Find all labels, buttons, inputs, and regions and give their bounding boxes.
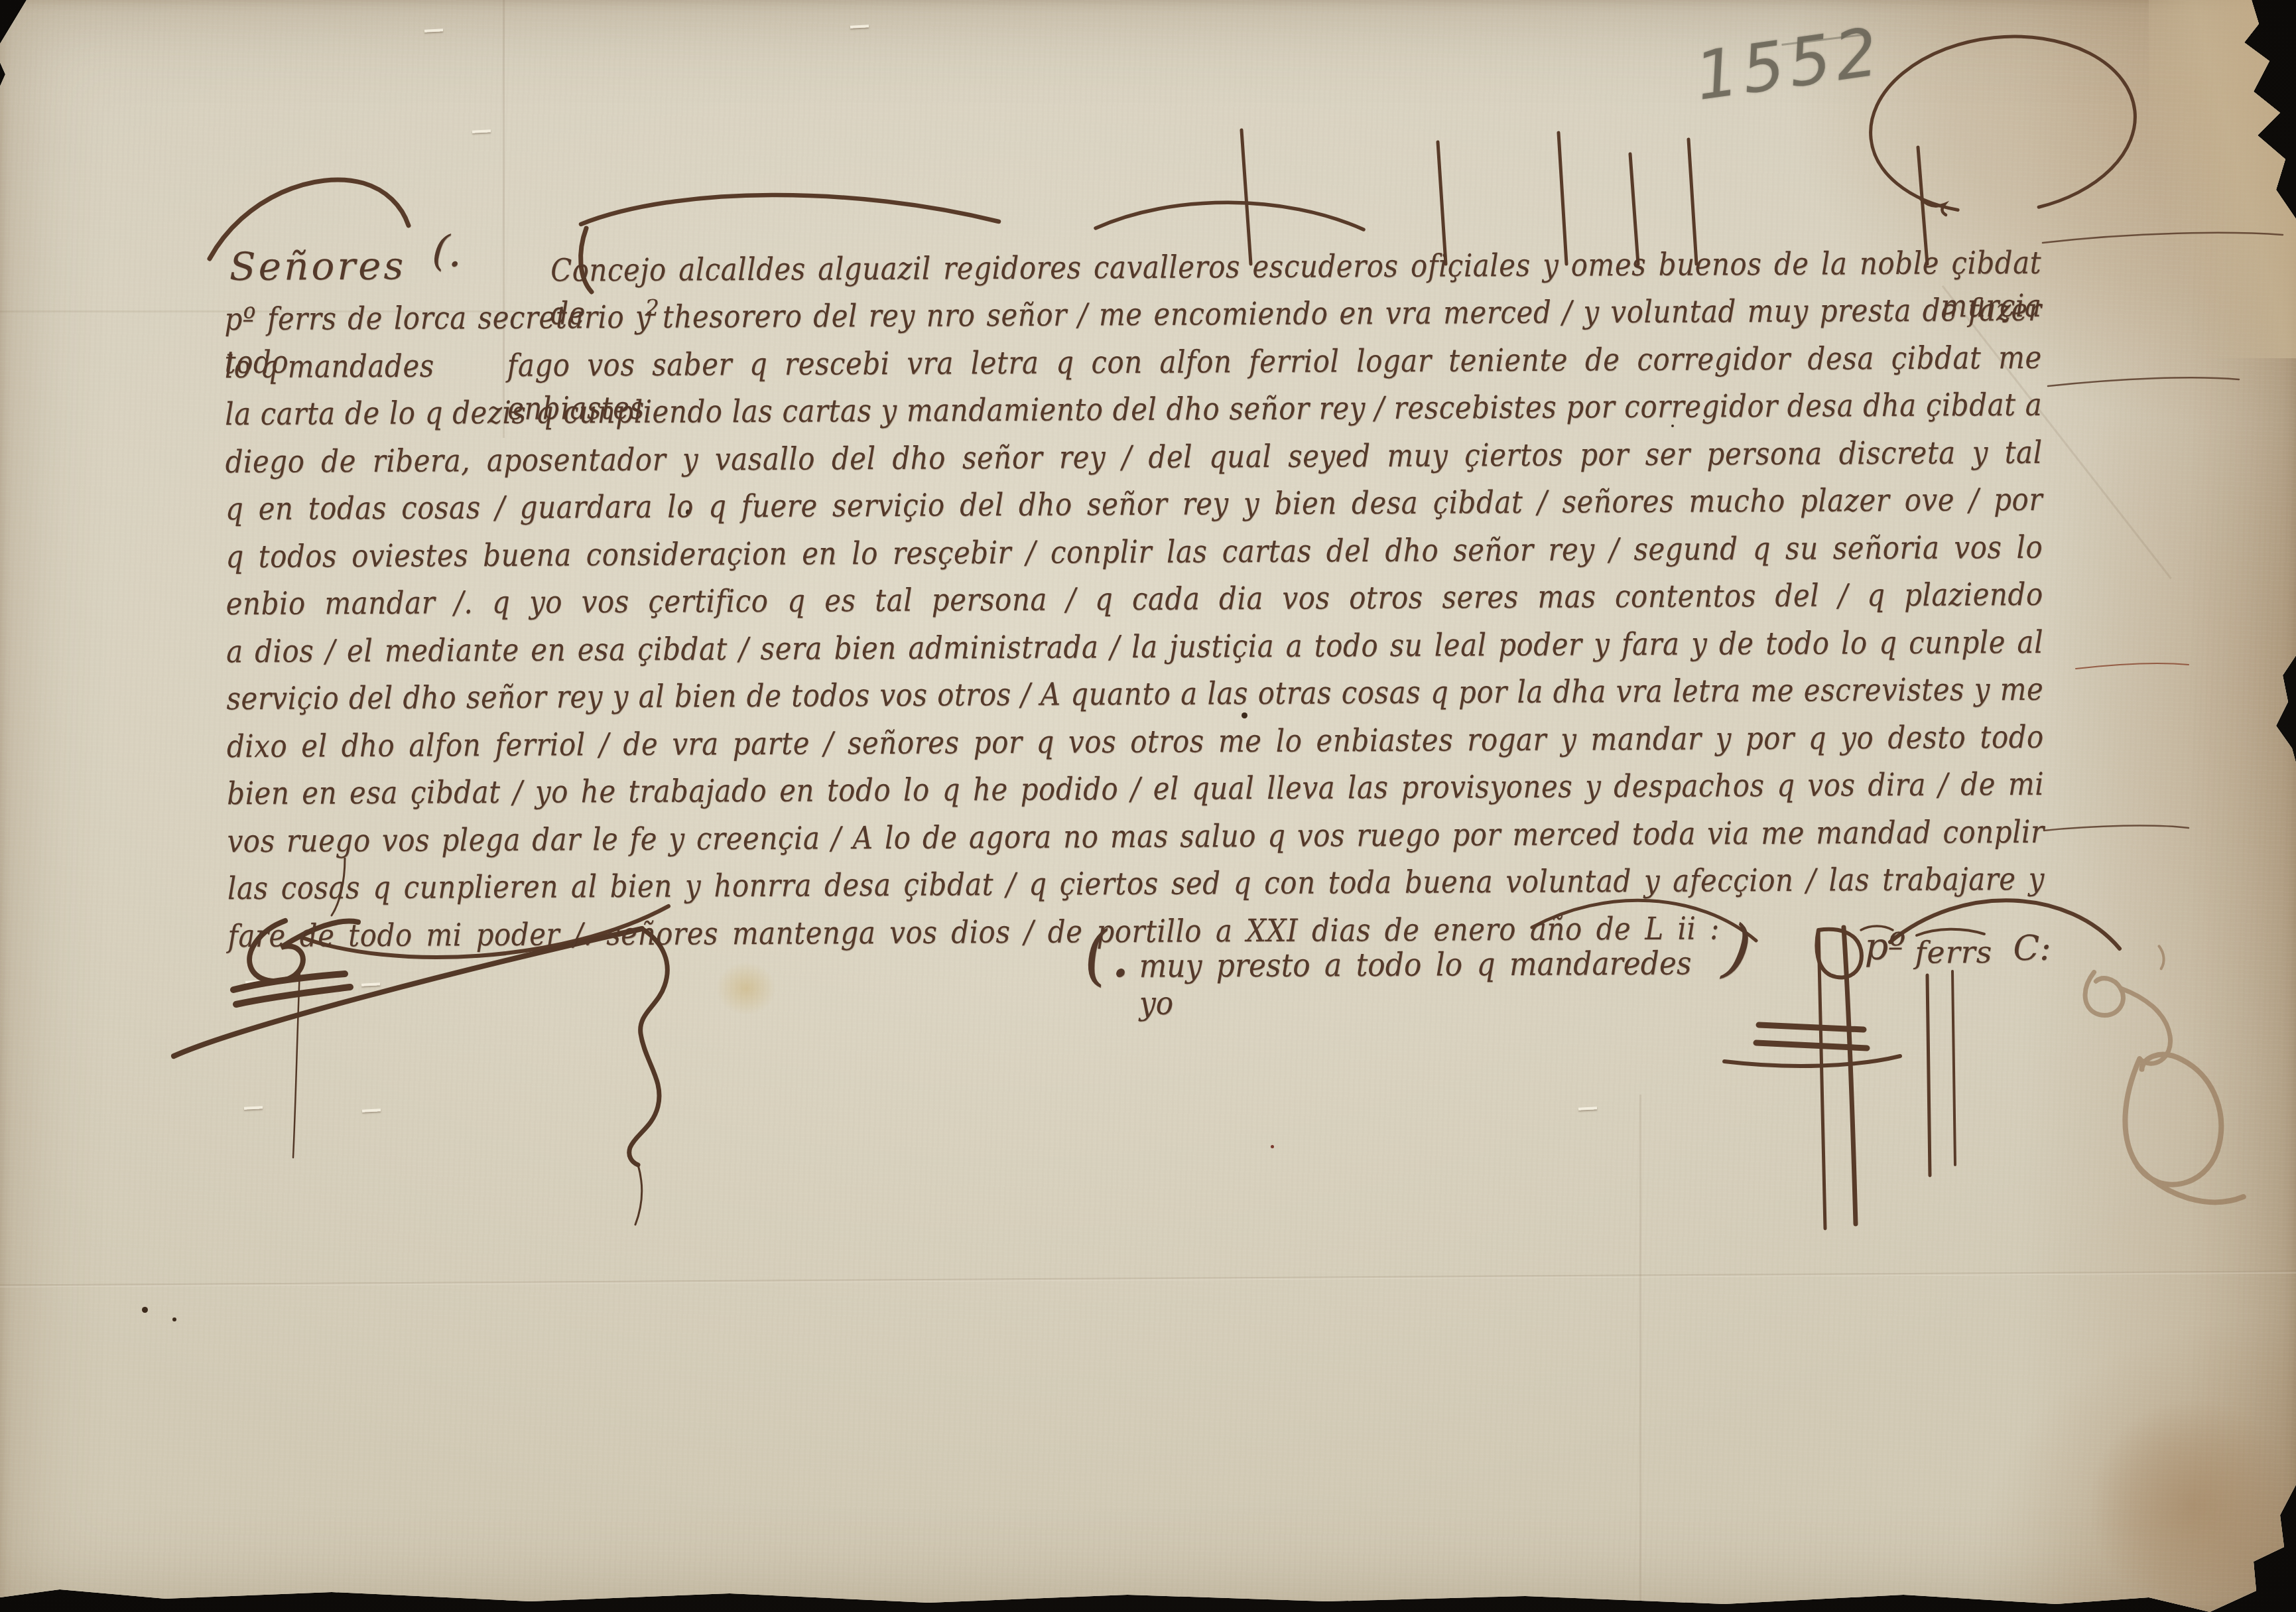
text-line: a dios / el mediante en esa çibdat / ser… (226, 621, 2043, 673)
salutation-paren-mark: (. (430, 226, 464, 277)
text-line: las cosas q cunplieren al bien y honrra … (227, 858, 2045, 910)
text-line: q todos oviestes buena consideraçion en … (225, 526, 2043, 578)
text-line: vos ruego vos plega dar le fe y creençia… (227, 811, 2044, 863)
closing-phrase: muy presto a todo lo q mandaredes yo (1139, 945, 1692, 1022)
right-signature-part: C: (2013, 929, 2051, 969)
text-line: la carta de lo q dezis q cunpliendo las … (225, 383, 2042, 436)
right-signature-part: pº (1864, 925, 1906, 969)
letter-text-block: Señores (. 2 Concejo alcalldes alguazil … (0, 0, 2296, 1612)
text-line: dixo el dho alfon ferriol / de vra parte… (227, 716, 2044, 768)
closing-close-mark: ) (1720, 910, 1756, 988)
paper-sheet: 1552 (0, 0, 2296, 1612)
text-line: diego de ribera, aposentador y vasallo d… (225, 431, 2042, 484)
salutation: Señores (229, 243, 407, 289)
closing-open-mark: (. (1080, 916, 1132, 995)
text-line: enbio mandar /. q yo vos çertifico q es … (226, 573, 2043, 626)
right-signature-part: ferrs (1915, 934, 1992, 971)
text-line: serviçio del dho señor rey y al bien de … (226, 668, 2043, 720)
text-line: q en todas cosas / guardara lo q fuere s… (225, 478, 2043, 531)
manuscript-photo: 1552 (0, 0, 2296, 1612)
text-line: bien en esa çibdat / yo he trabajado en … (227, 763, 2044, 815)
